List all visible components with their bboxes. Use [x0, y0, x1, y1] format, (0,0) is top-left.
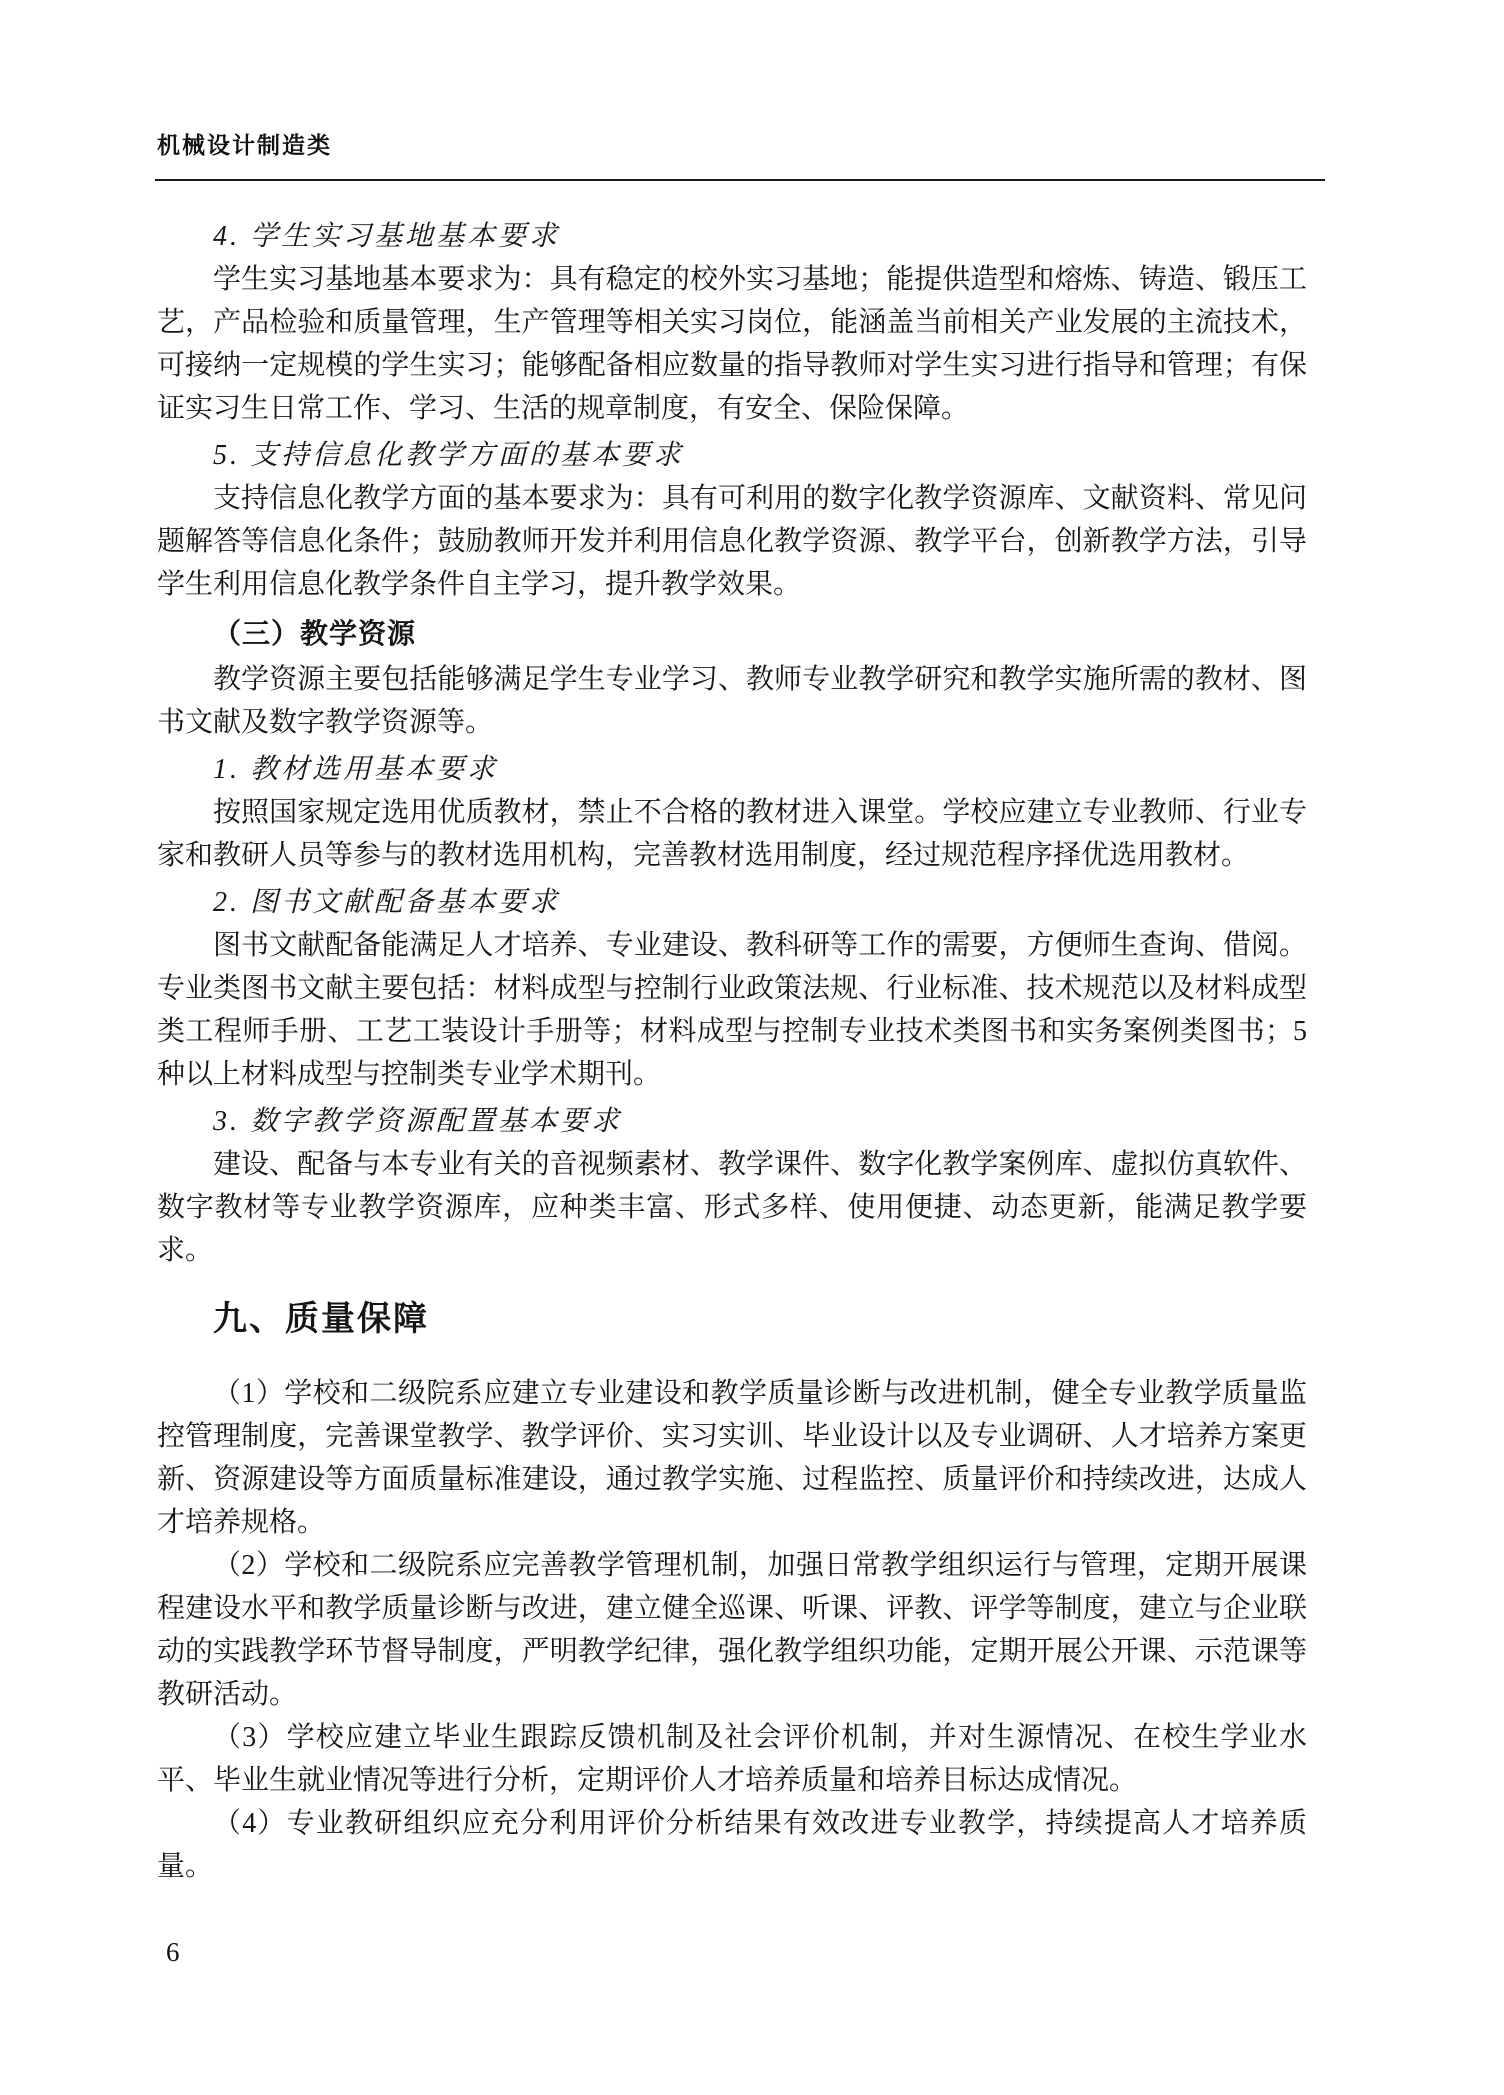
body-paragraph: 按照国家规定选用优质教材，禁止不合格的教材进入课堂。学校应建立专业教师、行业专家… — [157, 791, 1307, 877]
bold-subheading: （三）教学资源 — [157, 612, 1307, 655]
section-heading: 九、质量保障 — [157, 1295, 1307, 1345]
body-paragraph: （3）学校应建立毕业生跟踪反馈机制及社会评价机制，并对生源情况、在校生学业水平、… — [157, 1716, 1307, 1802]
numbered-kai-heading: 2. 图书文献配备基本要求 — [157, 881, 1307, 924]
page-number: 6 — [166, 1936, 180, 1968]
body-paragraph: 教学资源主要包括能够满足学生专业学习、教师专业教学研究和教学实施所需的教材、图书… — [157, 658, 1307, 744]
numbered-kai-heading: 4. 学生实习基地基本要求 — [157, 215, 1307, 258]
body-paragraph: 图书文献配备能满足人才培养、专业建设、教科研等工作的需要，方便师生查询、借阅。专… — [157, 924, 1307, 1096]
document-body: 4. 学生实习基地基本要求学生实习基地基本要求为：具有稳定的校外实习基地；能提供… — [157, 211, 1307, 1888]
body-paragraph: 学生实习基地基本要求为：具有稳定的校外实习基地；能提供造型和熔炼、铸造、锻压工艺… — [157, 258, 1307, 430]
body-paragraph: （1）学校和二级院系应建立专业建设和教学质量诊断与改进机制，健全专业教学质量监控… — [157, 1372, 1307, 1544]
body-paragraph: （2）学校和二级院系应完善教学管理机制，加强日常教学组织运行与管理，定期开展课程… — [157, 1544, 1307, 1716]
document-page: 机械设计制造类 4. 学生实习基地基本要求学生实习基地基本要求为：具有稳定的校外… — [0, 0, 1504, 2095]
body-paragraph: 支持信息化教学方面的基本要求为：具有可利用的数字化教学资源库、文献资料、常见问题… — [157, 477, 1307, 606]
numbered-kai-heading: 3. 数字教学资源配置基本要求 — [157, 1100, 1307, 1143]
numbered-kai-heading: 5. 支持信息化教学方面的基本要求 — [157, 434, 1307, 477]
body-paragraph: （4）专业教研组织应充分利用评价分析结果有效改进专业教学，持续提高人才培养质量。 — [157, 1802, 1307, 1888]
body-paragraph: 建设、配备与本专业有关的音视频素材、教学课件、数字化教学案例库、虚拟仿真软件、数… — [157, 1143, 1307, 1272]
header-rule — [155, 179, 1325, 181]
running-header: 机械设计制造类 — [157, 131, 332, 159]
numbered-kai-heading: 1. 教材选用基本要求 — [157, 748, 1307, 791]
